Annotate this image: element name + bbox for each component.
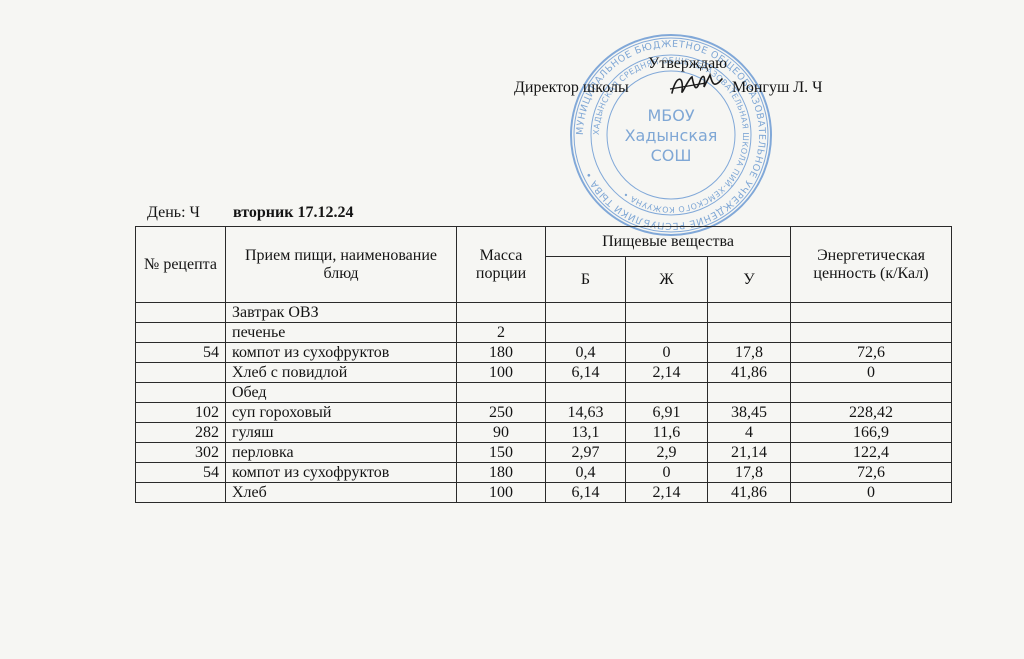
protein-cell: 14,63 [546,403,626,423]
protein-cell [546,303,626,323]
header-nutrients: Пищевые вещества [546,227,791,257]
dish-name-cell: Хлеб с повидлой [226,363,457,383]
dish-name-cell: компот из сухофруктов [226,463,457,483]
fat-cell: 11,6 [626,423,708,443]
protein-cell [546,323,626,343]
recipe-no-cell [136,483,226,503]
protein-cell: 2,97 [546,443,626,463]
carbs-cell: 17,8 [708,343,791,363]
carbs-cell: 38,45 [708,403,791,423]
table-row: Хлеб с повидлой1006,142,1441,860 [136,363,952,383]
mass-cell: 90 [457,423,546,443]
fat-cell [626,383,708,403]
energy-cell: 0 [791,363,952,383]
dish-name-cell: Хлеб [226,483,457,503]
recipe-no-cell: 302 [136,443,226,463]
recipe-no-cell [136,383,226,403]
menu-document: МУНИЦИПАЛЬНОЕ БЮДЖЕТНОЕ ОБЩЕОБРАЗОВАТЕЛЬ… [0,0,1024,659]
fat-cell: 6,91 [626,403,708,423]
recipe-no-cell: 54 [136,343,226,363]
header-energy: Энергетическая ценность (к/Кал) [791,227,952,303]
director-role: Директор школы [514,79,629,97]
header-fat: Ж [626,257,708,303]
signature-icon [666,69,726,101]
dish-name-cell: Обед [226,383,457,403]
recipe-no-cell: 54 [136,463,226,483]
dish-name-cell: печенье [226,323,457,343]
fat-cell: 0 [626,343,708,363]
mass-cell [457,383,546,403]
fat-cell: 2,14 [626,363,708,383]
table-row: 102суп гороховый25014,636,9138,45228,42 [136,403,952,423]
recipe-no-cell [136,323,226,343]
energy-cell: 166,9 [791,423,952,443]
protein-cell: 0,4 [546,343,626,363]
day-value: вторник 17.12.24 [233,204,353,222]
carbs-cell: 41,86 [708,363,791,383]
protein-cell [546,383,626,403]
table-row: 282гуляш9013,111,64166,9 [136,423,952,443]
recipe-no-cell [136,363,226,383]
dish-name-cell: компот из сухофруктов [226,343,457,363]
energy-cell: 122,4 [791,443,952,463]
table-row: печенье2 [136,323,952,343]
menu-table: № рецепта Прием пищи, наименование блюд … [135,226,952,503]
svg-text:МБОУ: МБОУ [647,106,694,125]
energy-cell: 0 [791,483,952,503]
mass-cell: 150 [457,443,546,463]
header-carbs: У [708,257,791,303]
mass-cell: 100 [457,363,546,383]
fat-cell: 0 [626,463,708,483]
protein-cell: 0,4 [546,463,626,483]
dish-name-cell: перловка [226,443,457,463]
energy-cell [791,303,952,323]
header-protein: Б [546,257,626,303]
fat-cell: 2,14 [626,483,708,503]
svg-text:СОШ: СОШ [651,146,692,165]
mass-cell [457,303,546,323]
energy-cell [791,323,952,343]
menu-table-body: Завтрак ОВЗпеченье254компот из сухофрукт… [136,303,952,503]
mass-cell: 250 [457,403,546,423]
table-row: 54компот из сухофруктов1800,4017,872,6 [136,343,952,363]
fat-cell [626,323,708,343]
carbs-cell: 17,8 [708,463,791,483]
day-label: День: Ч [147,204,200,222]
svg-text:Хадынская: Хадынская [625,126,718,145]
section-row: Обед [136,383,952,403]
carbs-cell: 4 [708,423,791,443]
director-name: Монгуш Л. Ч [732,79,823,97]
header-recipe-no: № рецепта [136,227,226,303]
recipe-no-cell [136,303,226,323]
table-row: Хлеб1006,142,1441,860 [136,483,952,503]
carbs-cell [708,323,791,343]
mass-cell: 2 [457,323,546,343]
dish-name-cell: Завтрак ОВЗ [226,303,457,323]
recipe-no-cell: 102 [136,403,226,423]
carbs-cell [708,383,791,403]
energy-cell: 228,42 [791,403,952,423]
energy-cell: 72,6 [791,343,952,363]
protein-cell: 6,14 [546,483,626,503]
section-row: Завтрак ОВЗ [136,303,952,323]
mass-cell: 180 [457,463,546,483]
dish-name-cell: гуляш [226,423,457,443]
fat-cell [626,303,708,323]
protein-cell: 13,1 [546,423,626,443]
energy-cell [791,383,952,403]
table-row: 302перловка1502,972,921,14122,4 [136,443,952,463]
carbs-cell: 41,86 [708,483,791,503]
carbs-cell [708,303,791,323]
table-row: 54компот из сухофруктов1800,4017,872,6 [136,463,952,483]
dish-name-cell: суп гороховый [226,403,457,423]
header-meal: Прием пищи, наименование блюд [226,227,457,303]
header-mass: Масса порции [457,227,546,303]
mass-cell: 180 [457,343,546,363]
recipe-no-cell: 282 [136,423,226,443]
protein-cell: 6,14 [546,363,626,383]
mass-cell: 100 [457,483,546,503]
carbs-cell: 21,14 [708,443,791,463]
fat-cell: 2,9 [626,443,708,463]
energy-cell: 72,6 [791,463,952,483]
